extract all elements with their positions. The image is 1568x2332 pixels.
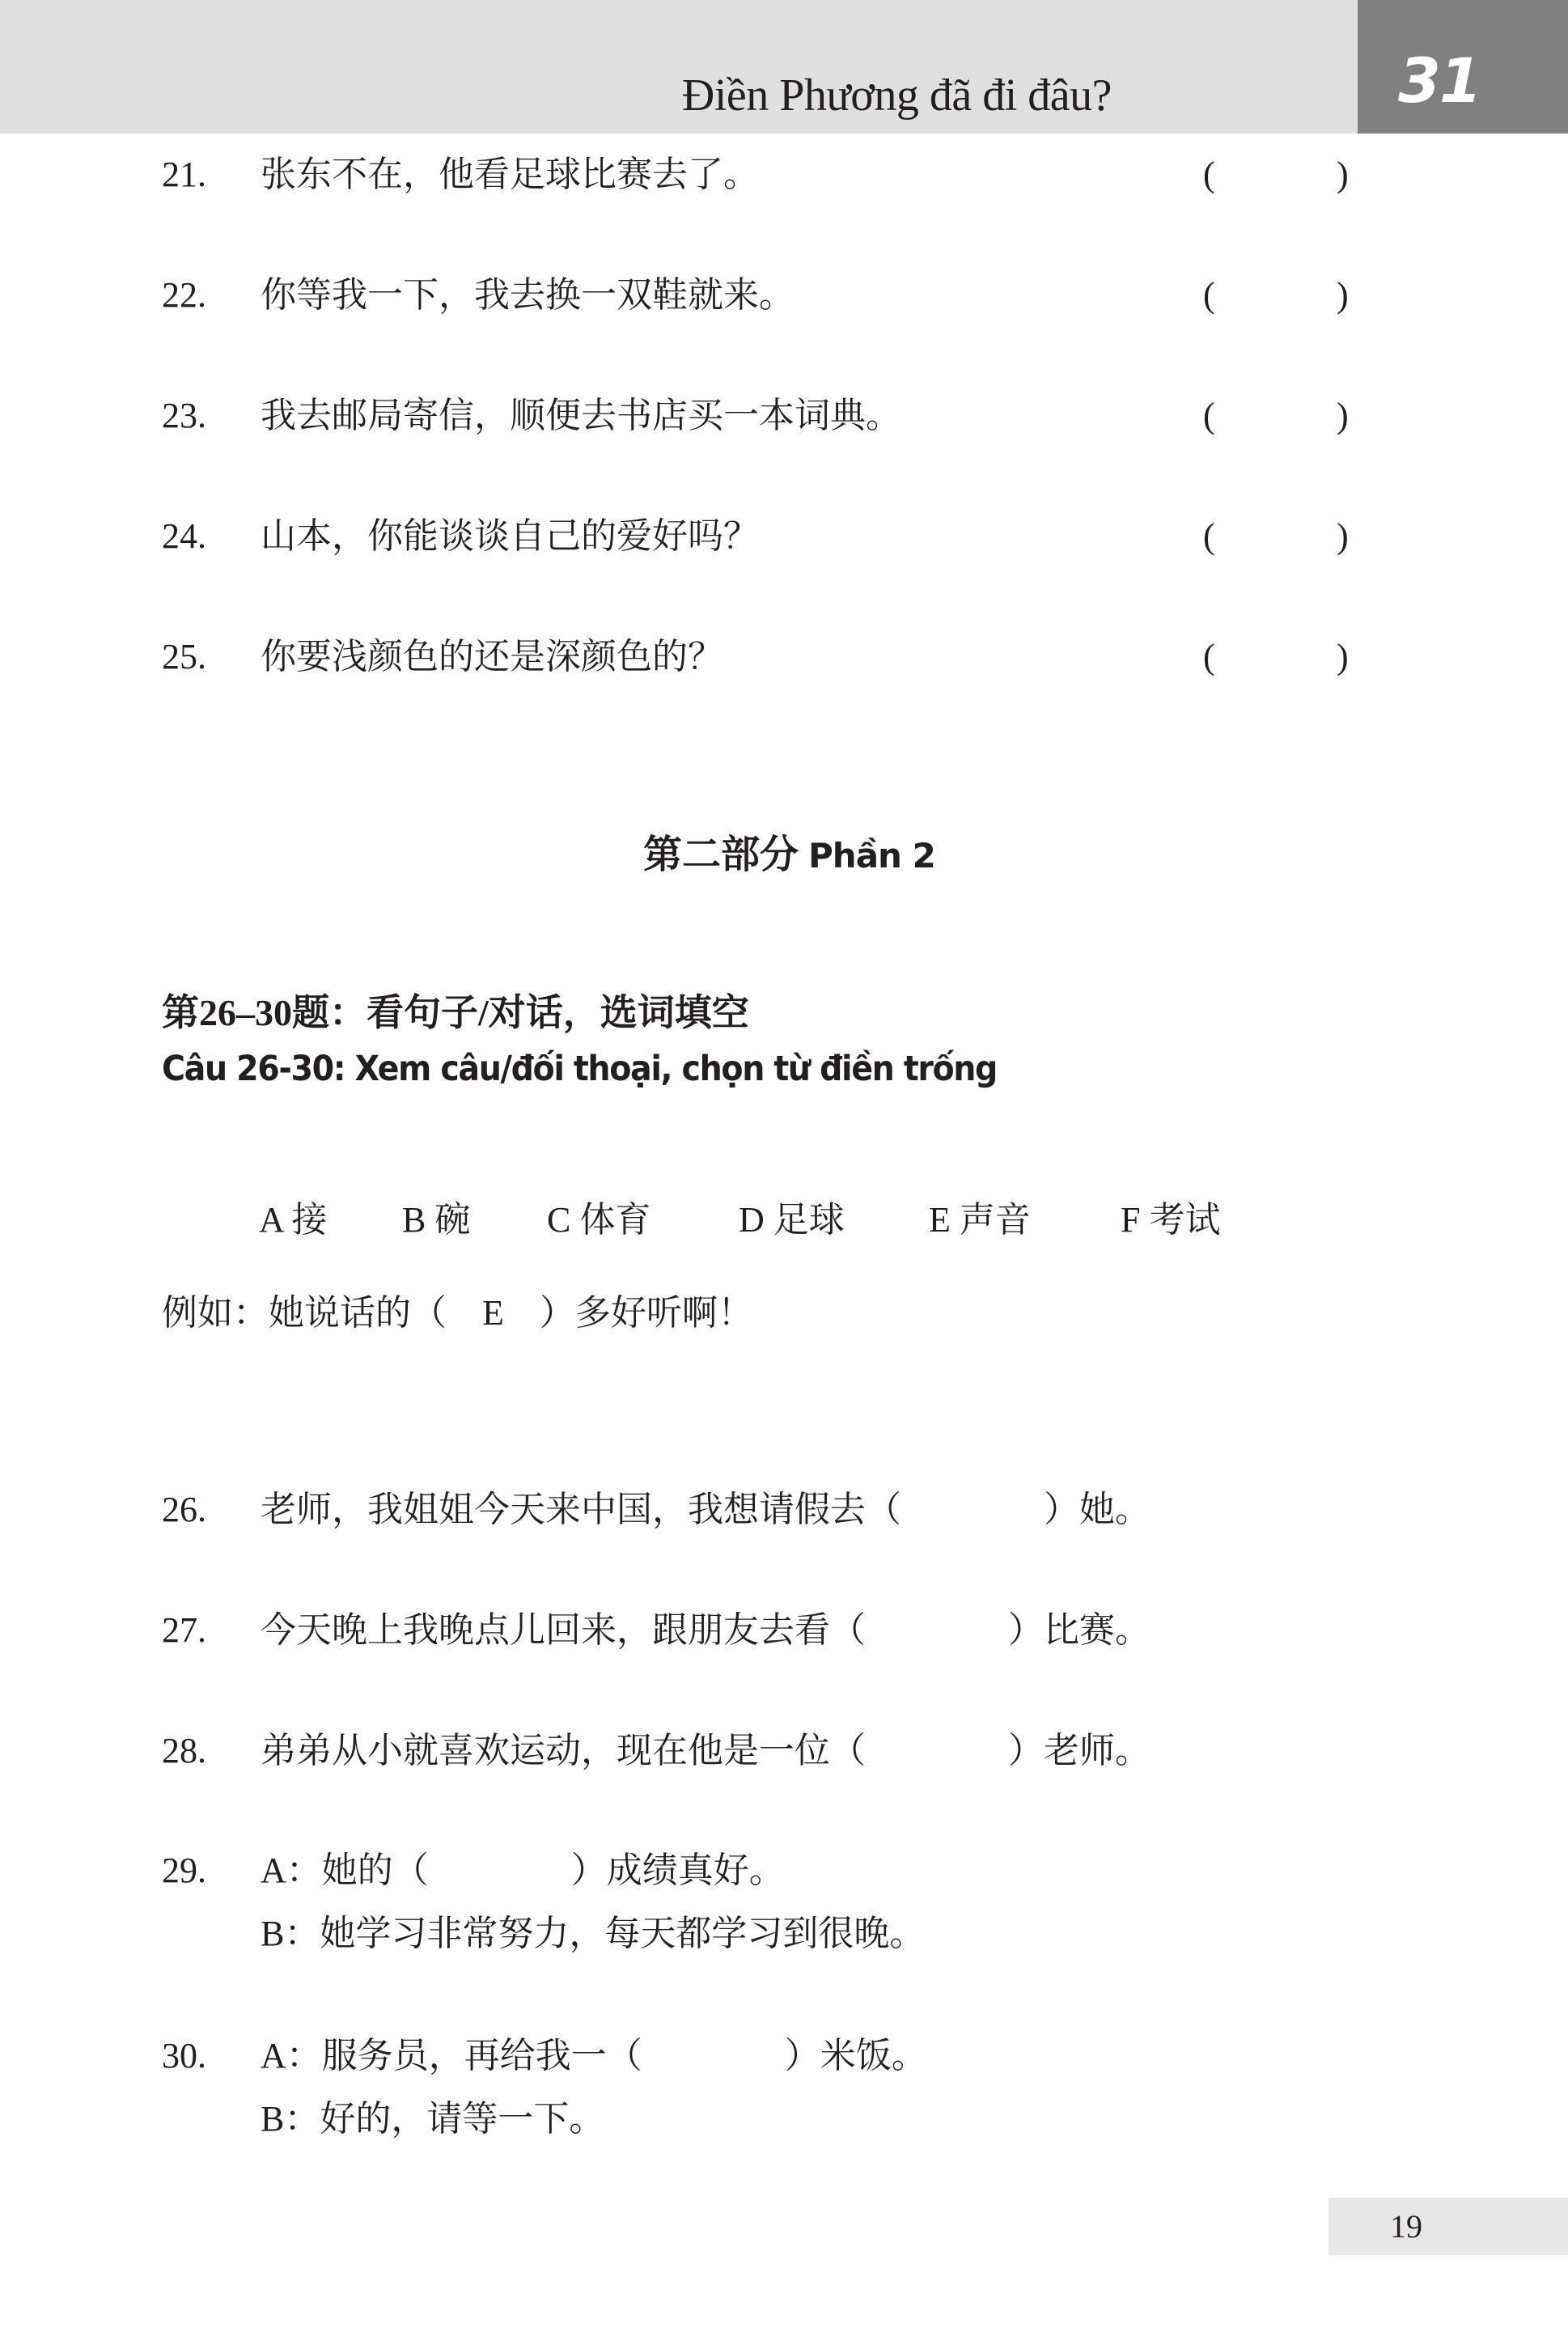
instruction-vietnamese: Câu 26-30: Xem câu/đối thoại, chọn từ đi… xyxy=(162,1049,997,1091)
answer-blank-open[interactable]: ( xyxy=(1203,274,1215,317)
dialogue-line-b: B：她学习非常努力，每天都学习到很晚。 xyxy=(261,1913,925,1956)
question-number: 29. xyxy=(162,1850,206,1893)
question-text[interactable]: 弟弟从小就喜欢运动，现在他是一位（ ）老师。 xyxy=(261,1730,1151,1773)
question-number: 30. xyxy=(162,2035,206,2078)
answer-blank-open[interactable]: ( xyxy=(1203,154,1215,197)
dialogue-line-a[interactable]: A：她的（ ）成绩真好。 xyxy=(261,1850,785,1893)
section-title-vn: Phần 2 xyxy=(808,836,935,876)
header-band: Điền Phương đã đi đâu? xyxy=(0,0,1358,134)
question-number: 23. xyxy=(162,395,206,438)
question-text: 张东不在，他看足球比赛去了。 xyxy=(261,154,759,197)
section-title: 第二部分 Phần 2 xyxy=(643,832,935,879)
question-number: 25. xyxy=(162,636,206,679)
answer-blank-open[interactable]: ( xyxy=(1203,515,1215,558)
option-e: E 声音 xyxy=(929,1199,1031,1242)
option-a: A 接 xyxy=(259,1199,327,1242)
instruction-chinese: 第26–30题：看句子/对话，选词填空 xyxy=(162,990,749,1035)
answer-blank-open[interactable]: ( xyxy=(1203,395,1215,438)
dialogue-line-a[interactable]: A：服务员，再给我一（ ）米饭。 xyxy=(261,2035,927,2078)
question-text[interactable]: 老师，我姐姐今天来中国，我想请假去（ ）她。 xyxy=(261,1489,1151,1532)
question-text: 山本，你能谈谈自己的爱好吗？ xyxy=(261,515,759,558)
question-number: 21. xyxy=(162,154,206,197)
answer-blank-close[interactable]: ) xyxy=(1337,274,1349,317)
question-number: 26. xyxy=(162,1489,206,1532)
option-f: F 考试 xyxy=(1121,1199,1220,1242)
page-number: 19 xyxy=(1390,2207,1422,2246)
option-d: D 足球 xyxy=(739,1199,845,1242)
question-25: 25. 你要浅颜色的还是深颜色的？ ( ) xyxy=(162,636,180,850)
example-sentence: 例如：她说话的（ E ）多好听啊！ xyxy=(162,1292,753,1335)
question-number: 28. xyxy=(162,1730,206,1773)
question-text: 我去邮局寄信，顺便去书店买一本词典。 xyxy=(261,395,901,438)
dialogue-line-b: B：好的，请等一下。 xyxy=(261,2098,604,2141)
question-text[interactable]: 今天晚上我晚点儿回来，跟朋友去看（ ）比赛。 xyxy=(261,1609,1151,1652)
question-number: 22. xyxy=(162,274,206,317)
question-29: 29. A：她的（ ）成绩真好。 B：她学习非常努力，每天都学习到很晚。 xyxy=(162,1850,180,2020)
question-28: 28. 弟弟从小就喜欢运动，现在他是一位（ ）老师。 xyxy=(162,1730,180,1858)
question-27: 27. 今天晚上我晚点儿回来，跟朋友去看（ ）比赛。 xyxy=(162,1609,180,1737)
question-30: 30. A：服务员，再给我一（ ）米饭。 B：好的，请等一下。 xyxy=(162,2035,180,2206)
question-text: 你等我一下，我去换一双鞋就来。 xyxy=(261,274,795,317)
question-number: 24. xyxy=(162,515,206,558)
question-number: 27. xyxy=(162,1609,206,1652)
answer-blank-close[interactable]: ) xyxy=(1337,395,1349,438)
option-c: C 体育 xyxy=(547,1199,651,1242)
page-number-box: 19 xyxy=(1329,2198,1568,2255)
chapter-number: 31 xyxy=(1398,50,1481,112)
option-b: B 碗 xyxy=(402,1199,470,1242)
question-text: 你要浅颜色的还是深颜色的？ xyxy=(261,636,723,679)
question-26: 26. 老师，我姐姐今天来中国，我想请假去（ ）她。 xyxy=(162,1489,180,1617)
answer-blank-open[interactable]: ( xyxy=(1203,636,1215,679)
answer-blank-close[interactable]: ) xyxy=(1337,154,1349,197)
section-title-cn: 第二部分 xyxy=(643,833,808,876)
answer-blank-close[interactable]: ) xyxy=(1337,636,1349,679)
chapter-number-box: 31 xyxy=(1358,0,1568,134)
answer-blank-close[interactable]: ) xyxy=(1337,515,1349,558)
chapter-title: Điền Phương đã đi đâu? xyxy=(682,73,1112,118)
